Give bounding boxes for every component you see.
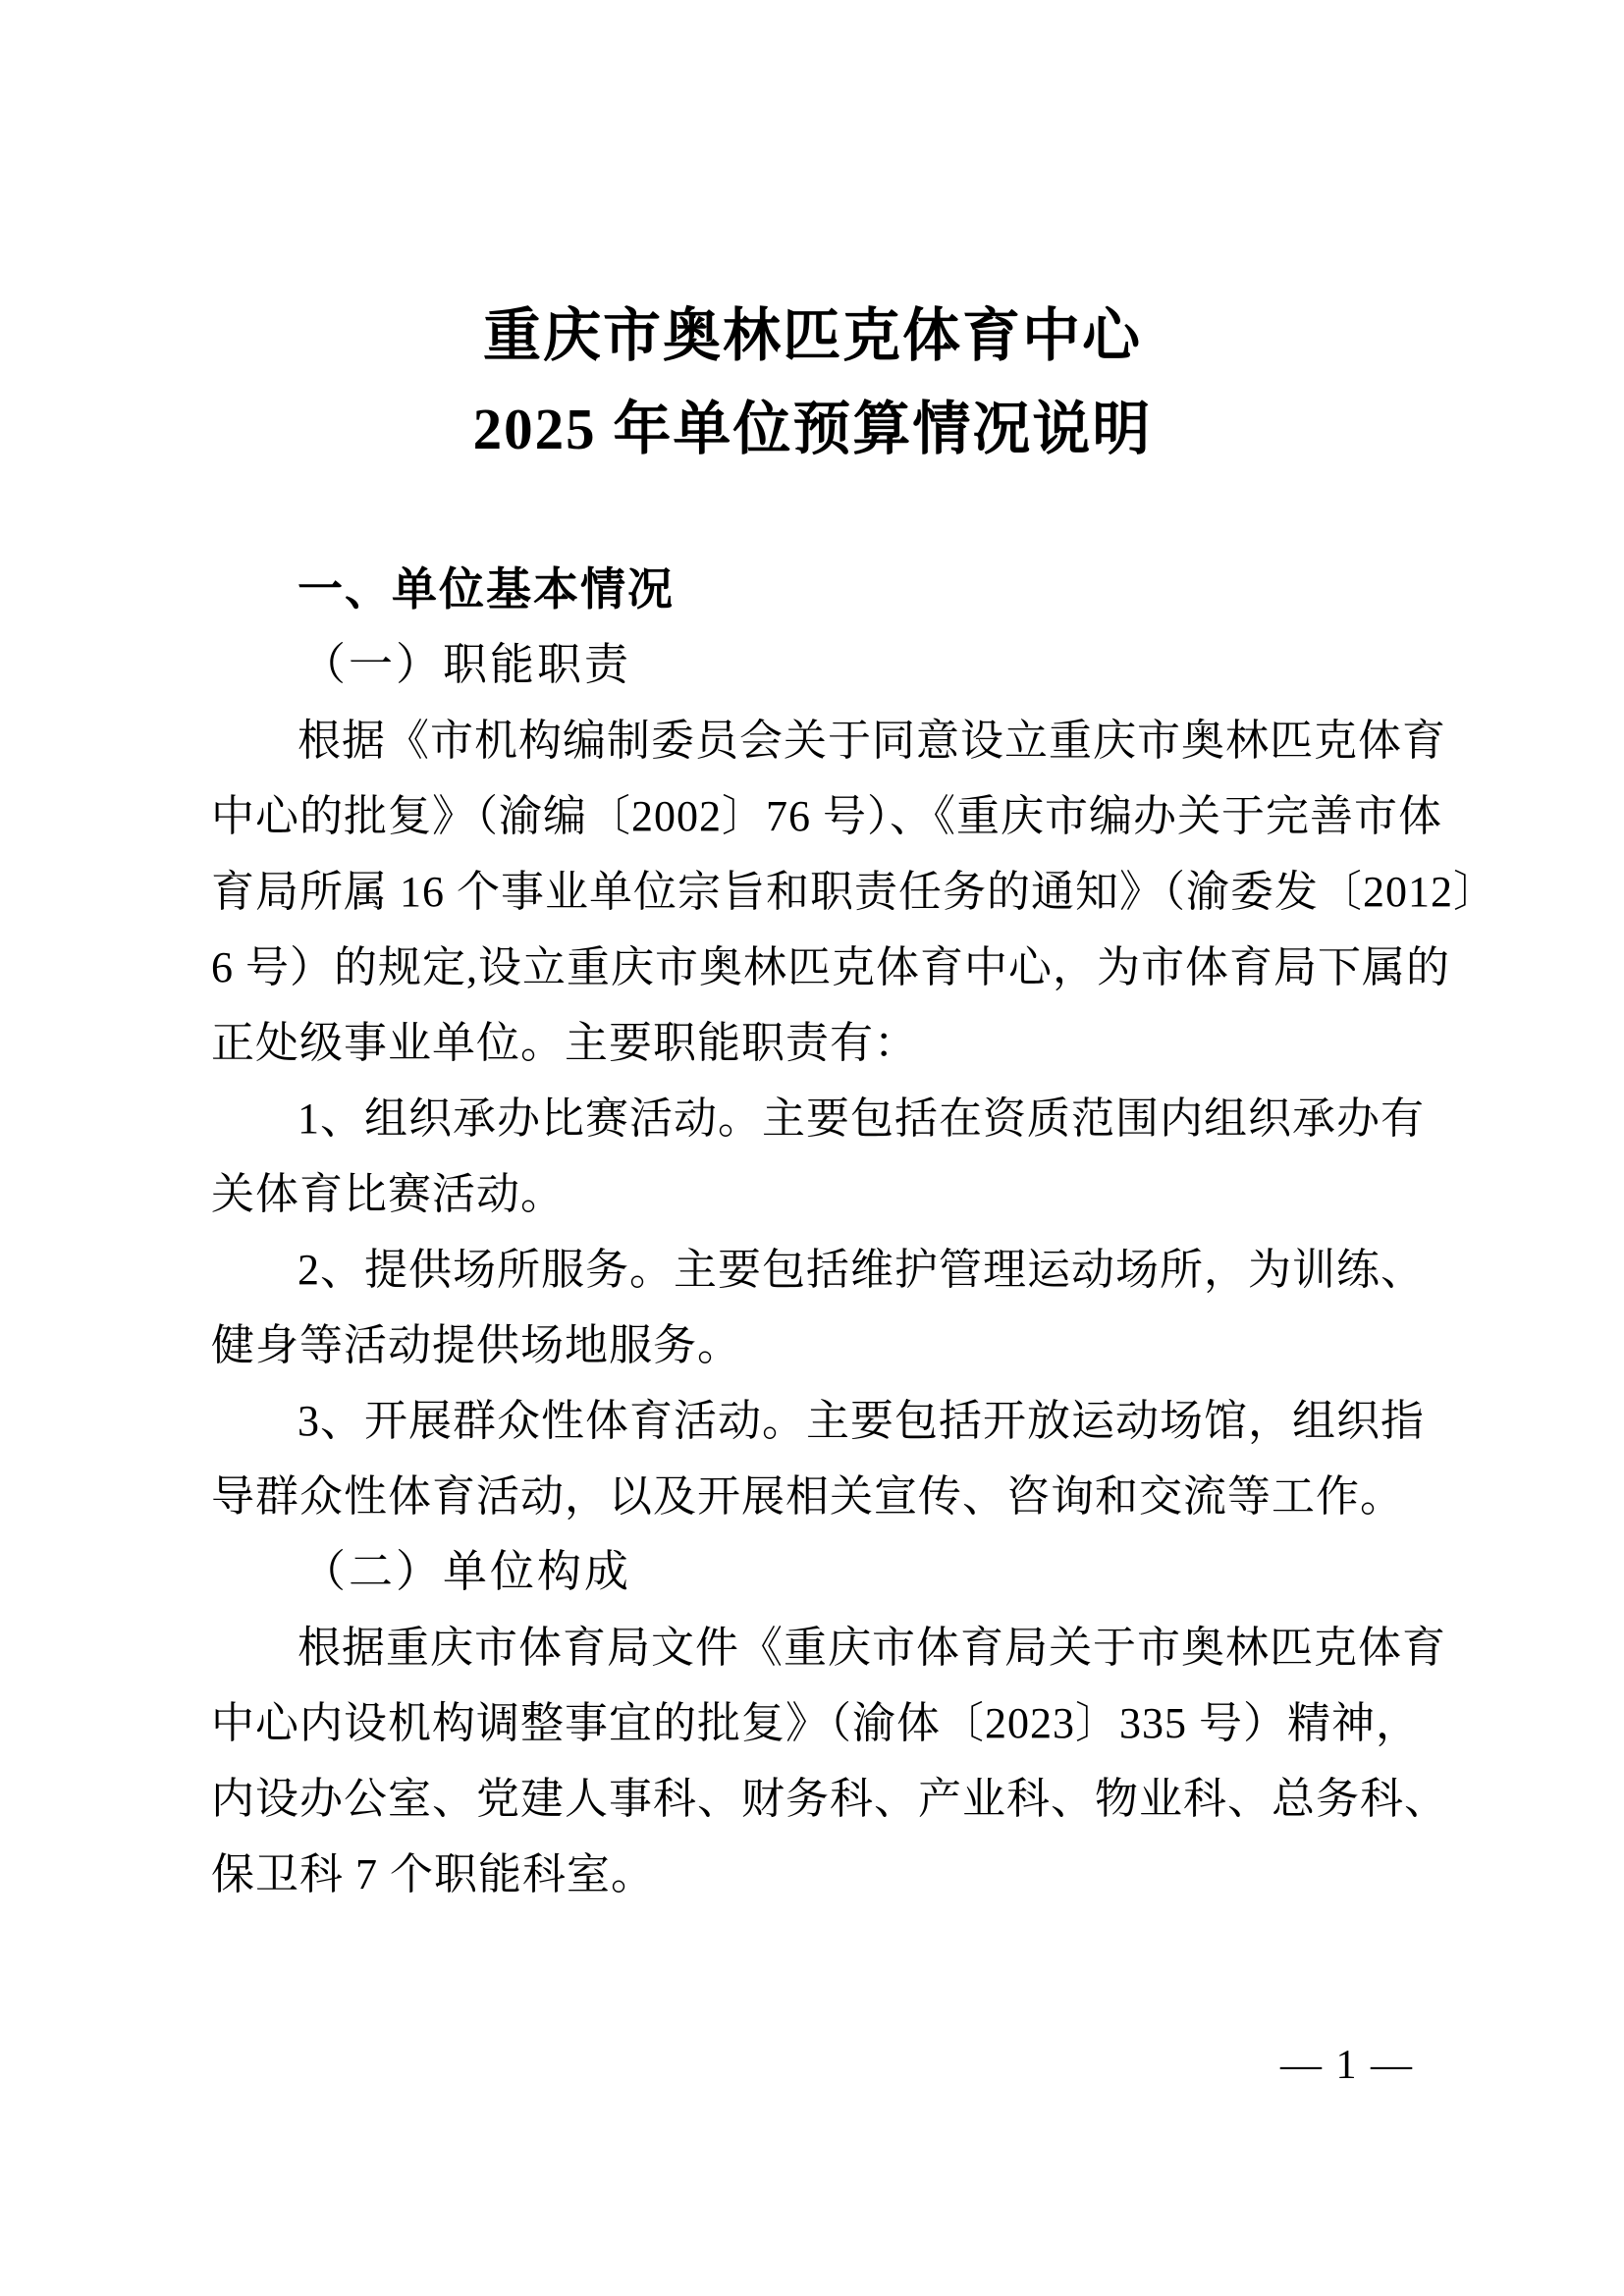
paragraph-line: 根据《市机构编制委员会关于同意设立重庆市奥林匹克体育 [211, 703, 1414, 778]
paragraph-line: 2、提供场所服务。主要包括维护管理运动场所，为训练、 [211, 1232, 1414, 1308]
paragraph-line: 3、开展群众性体育活动。主要包括开放运动场馆，组织指 [211, 1383, 1414, 1459]
paragraph-line: 正处级事业单位。主要职能职责有： [211, 1005, 1414, 1081]
paragraph-line: 导群众性体育活动，以及开展相关宣传、咨询和交流等工作。 [211, 1459, 1414, 1534]
sub-heading-1-2: （二）单位构成 [211, 1534, 1414, 1610]
paragraph-line: 1、组织承办比赛活动。主要包括在资质范围内组织承办有 [211, 1081, 1414, 1156]
paragraph-line: 育局所属 16 个事业单位宗旨和职责任务的通知》（渝委发〔2012〕 [211, 854, 1414, 930]
section-heading-1: 一、单位基本情况 [211, 552, 1414, 627]
document-body: 一、单位基本情况 （一）职能职责 根据《市机构编制委员会关于同意设立重庆市奥林匹… [211, 552, 1414, 1912]
paragraph-line: 健身等活动提供场地服务。 [211, 1308, 1414, 1383]
paragraph-line: 关体育比赛活动。 [211, 1156, 1414, 1232]
paragraph-line: 根据重庆市体育局文件《重庆市体育局关于市奥林匹克体育 [211, 1610, 1414, 1685]
title-line-1: 重庆市奥林匹克体育中心 [211, 290, 1414, 383]
paragraph-line: 保卫科 7 个职能科室。 [211, 1837, 1414, 1912]
document-page: 重庆市奥林匹克体育中心 2025 年单位预算情况说明 一、单位基本情况 （一）职… [0, 0, 1624, 2296]
page-number: — 1 — [1280, 2042, 1414, 2089]
sub-heading-1-1: （一）职能职责 [211, 627, 1414, 703]
paragraph-line: 内设办公室、党建人事科、财务科、产业科、物业科、总务科、 [211, 1761, 1414, 1837]
title-line-2: 2025 年单位预算情况说明 [211, 383, 1414, 476]
paragraph-line: 6 号）的规定,设立重庆市奥林匹克体育中心，为市体育局下属的 [211, 930, 1414, 1005]
paragraph-line: 中心的批复》（渝编〔2002〕76 号）、《重庆市编办关于完善市体 [211, 778, 1414, 854]
paragraph-line: 中心内设机构调整事宜的批复》（渝体〔2023〕335 号）精神， [211, 1685, 1414, 1761]
document-title: 重庆市奥林匹克体育中心 2025 年单位预算情况说明 [211, 290, 1414, 476]
